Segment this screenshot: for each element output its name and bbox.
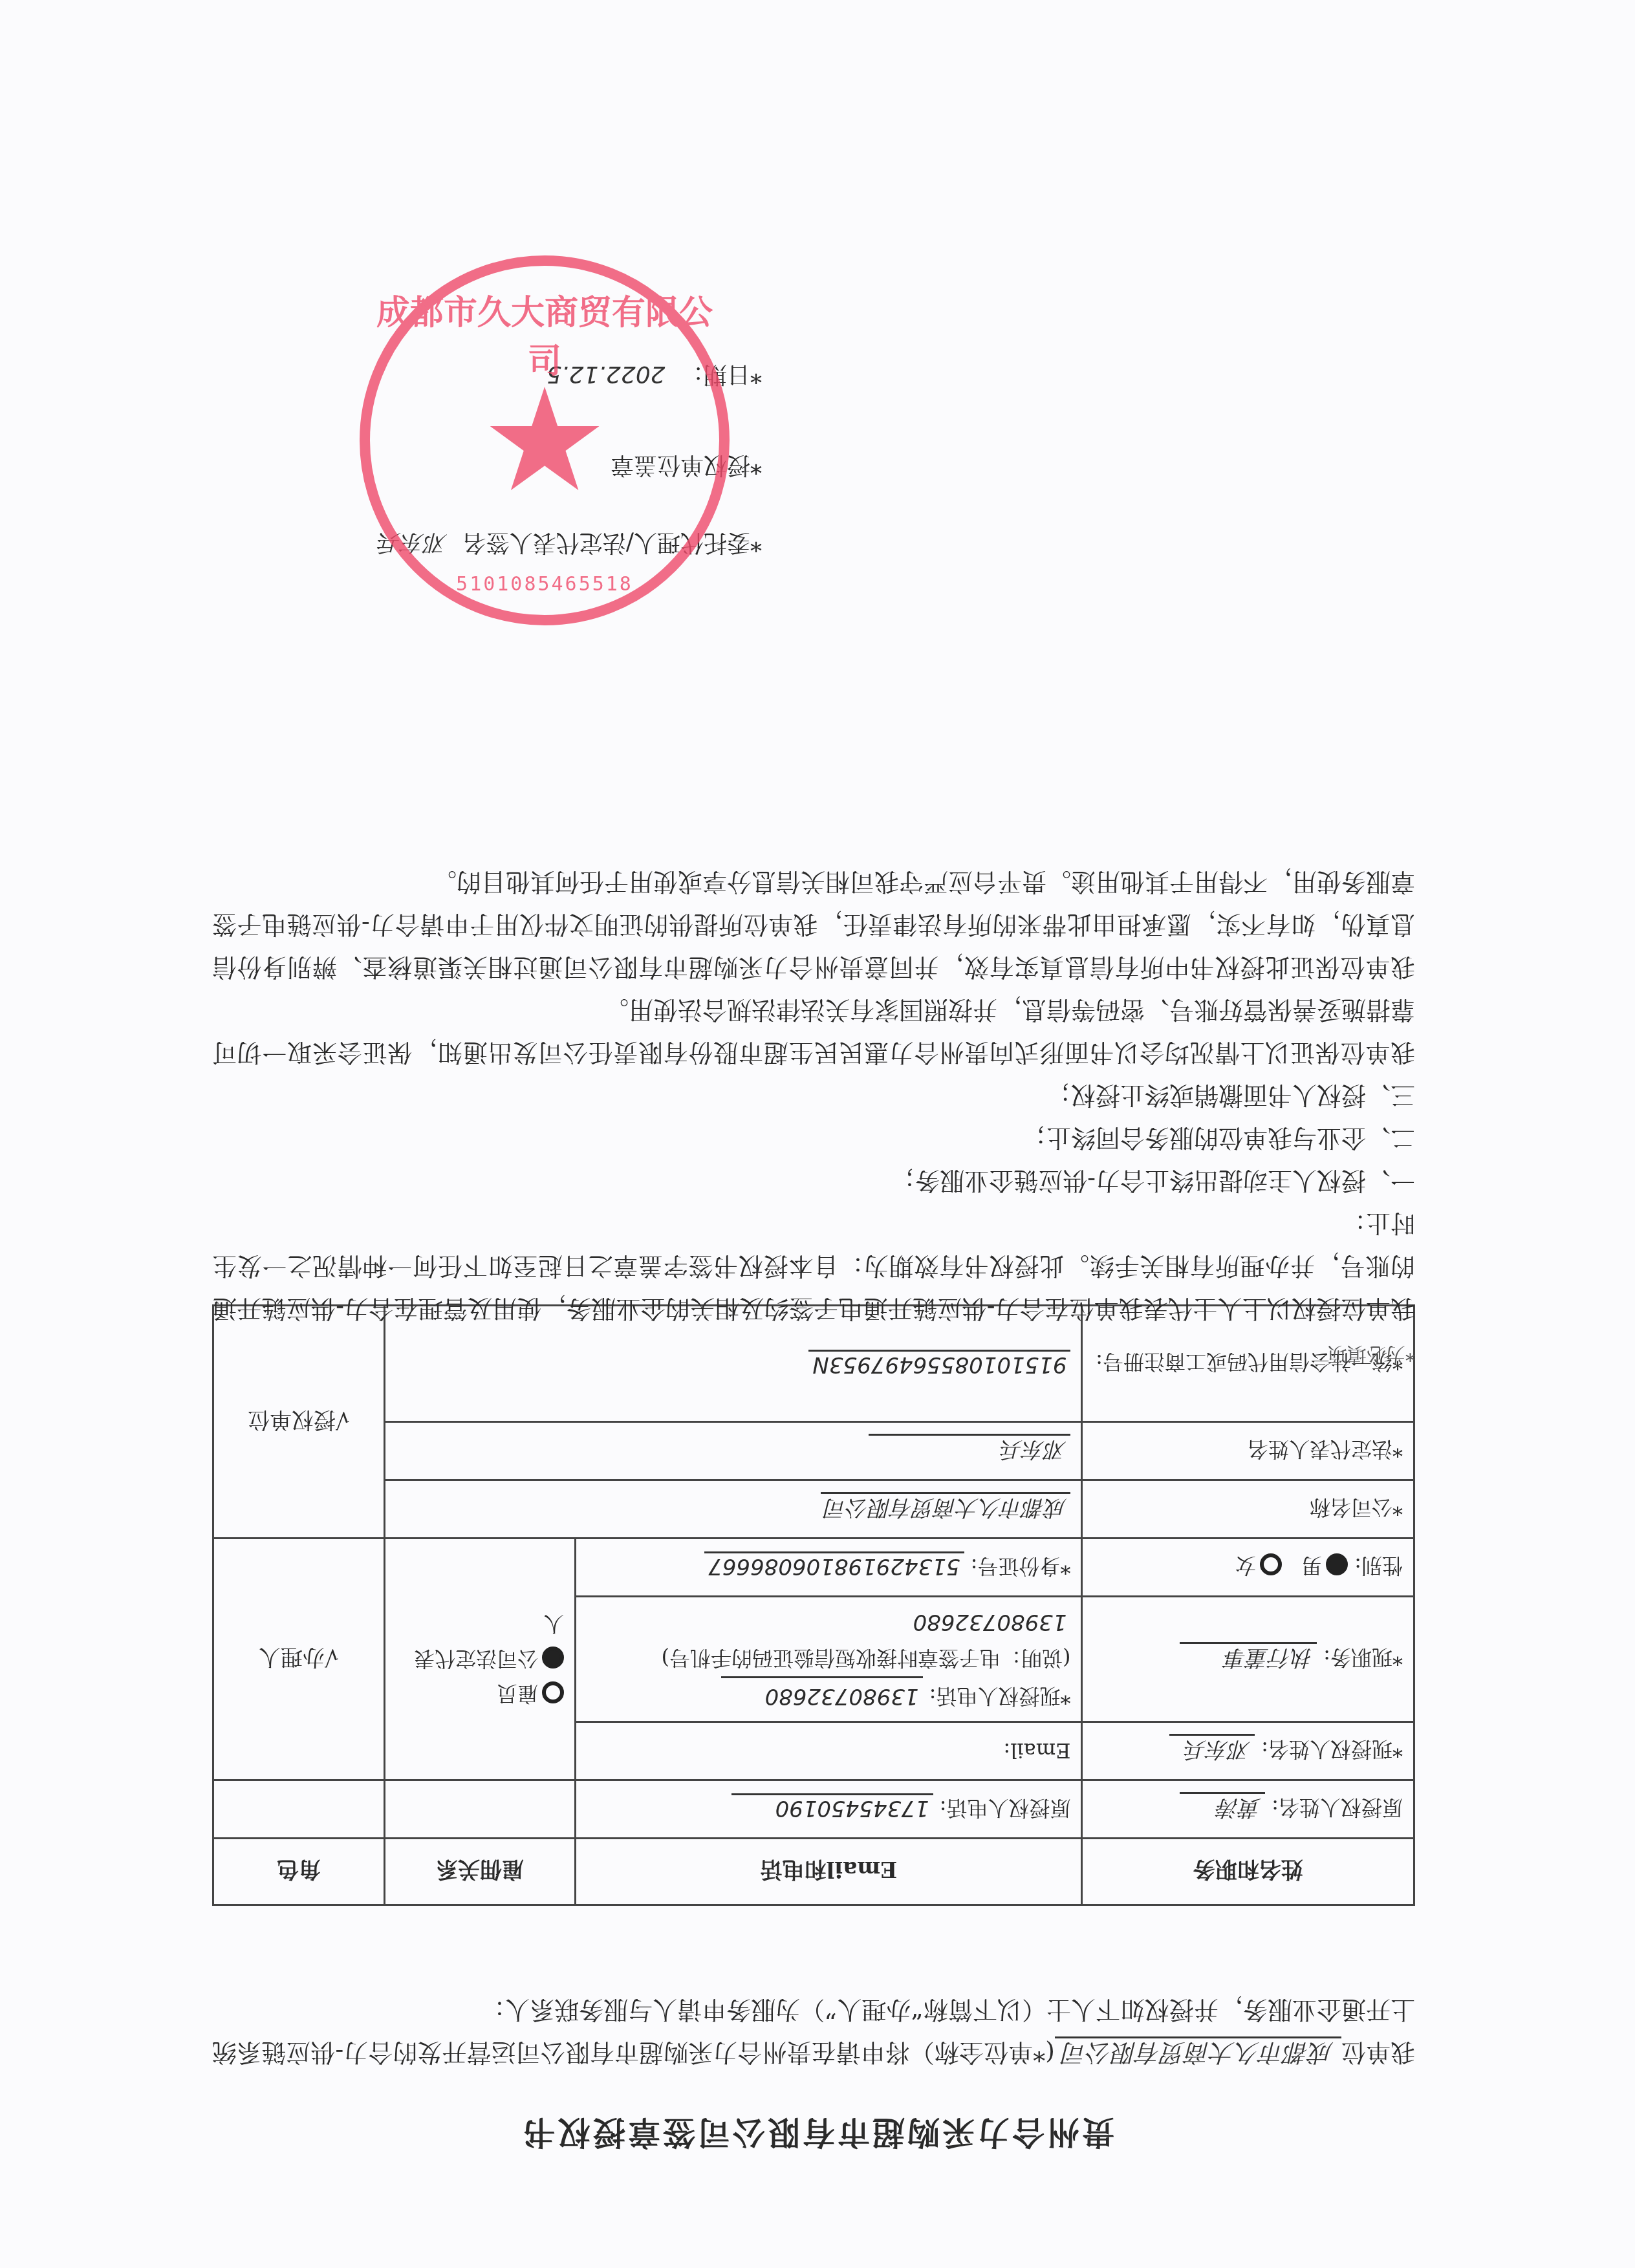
document-page: 贵州合力采购超市有限公司签章授权书 我单位成都市久大商贸有限公司(*单位全称）将… xyxy=(0,0,1635,2268)
table-row-legal-rep: *法定代表人姓名 邓东兵 xyxy=(213,1422,1414,1480)
body-text: 我单位授权以上人士代表我单位在合力-供应链开通电子签约及相关的企业服务，使用及管… xyxy=(212,861,1415,1330)
radio-legal-rep[interactable] xyxy=(542,1647,564,1669)
radio-female[interactable] xyxy=(1260,1553,1282,1575)
sms-phone-value: 13980732680 xyxy=(869,1604,1070,1640)
authorization-table: 姓名和职务 Email和电话 雇佣关系 角色 原授权人姓名: 黄涛 原授权人电话… xyxy=(212,1304,1415,1906)
original-phone-value: 17345450190 xyxy=(731,1794,933,1822)
header-email-phone: Email和电话 xyxy=(576,1839,1082,1905)
radio-male[interactable] xyxy=(1326,1553,1348,1575)
table-header-row: 姓名和职务 Email和电话 雇佣关系 角色 xyxy=(213,1839,1414,1905)
original-name-value: 黄涛 xyxy=(1180,1793,1265,1826)
table-row-original: 原授权人姓名: 黄涛 原授权人电话: 17345450190 xyxy=(213,1780,1414,1839)
current-phone-value: 13980732680 xyxy=(721,1676,923,1714)
role-agent: √办理人 xyxy=(213,1539,385,1780)
body-paragraph-3: 我单位保证此授权书中所有信息真实有效，并同意贵州合力采购超市有限公司通过相关渠道… xyxy=(212,861,1415,989)
condition-item-3: 三、授权人书面撤销或终止授权； xyxy=(212,1074,1415,1117)
condition-item-1: 一、授权人主动提出终止合力-供应链企业服务； xyxy=(212,1160,1415,1202)
role-unit: √授权单位 xyxy=(213,1306,385,1539)
company-name-value: 成都市久大商贸有限公司 xyxy=(821,1493,1070,1526)
table-row-current-name: *现授权人姓名: 邓东兵 Email: 雇员 公司法定代表人 √办理人 xyxy=(213,1722,1414,1780)
star-icon: ★ xyxy=(370,369,719,512)
body-paragraph-1: 我单位授权以上人士代表我单位在合力-供应链开通电子签约及相关的企业服务，使用及管… xyxy=(212,1202,1415,1330)
intro-paragraph: 我单位成都市久大商贸有限公司(*单位全称）将申请在贵州合力采购超市有限公司运营开… xyxy=(212,1989,1415,2074)
employment-option-employee[interactable]: 雇员 xyxy=(396,1677,565,1712)
required-note: *为必填项 xyxy=(1328,1342,1415,1370)
company-name-handwritten: 成都市久大商贸有限公司 xyxy=(1055,2036,1341,2067)
body-paragraph-2: 我单位保证以上情况均会以书面形式向贵州合力惠民民生超市股份有限责任公司发出通知，… xyxy=(212,989,1415,1074)
company-seal-stamp: 成都市久大商贸有限公司 ★ 5101085465518 xyxy=(360,255,730,625)
id-number-value: 513429198106086667 xyxy=(704,1552,964,1580)
header-employment: 雇佣关系 xyxy=(384,1839,576,1905)
header-name-position: 姓名和职务 xyxy=(1082,1839,1414,1905)
document-title: 贵州合力采购超市有限公司签章授权书 xyxy=(0,2111,1635,2158)
employment-option-legal-rep[interactable]: 公司法定代表人 xyxy=(396,1607,565,1677)
table-row-company: *公司名称 成都市久大商贸有限公司 √授权单位 xyxy=(213,1480,1414,1539)
radio-employee[interactable] xyxy=(542,1681,564,1703)
credit-code-value: 91510108556497953N xyxy=(808,1350,1070,1377)
position-value: 执行董事 xyxy=(1180,1643,1317,1676)
header-role: 角色 xyxy=(213,1839,385,1905)
condition-item-2: 二、企业与我单位的服务合同终止； xyxy=(212,1117,1415,1160)
current-name-value: 邓东兵 xyxy=(1169,1734,1255,1768)
stamp-code: 5101085465518 xyxy=(370,573,719,596)
legal-rep-value: 邓东兵 xyxy=(869,1434,1070,1468)
